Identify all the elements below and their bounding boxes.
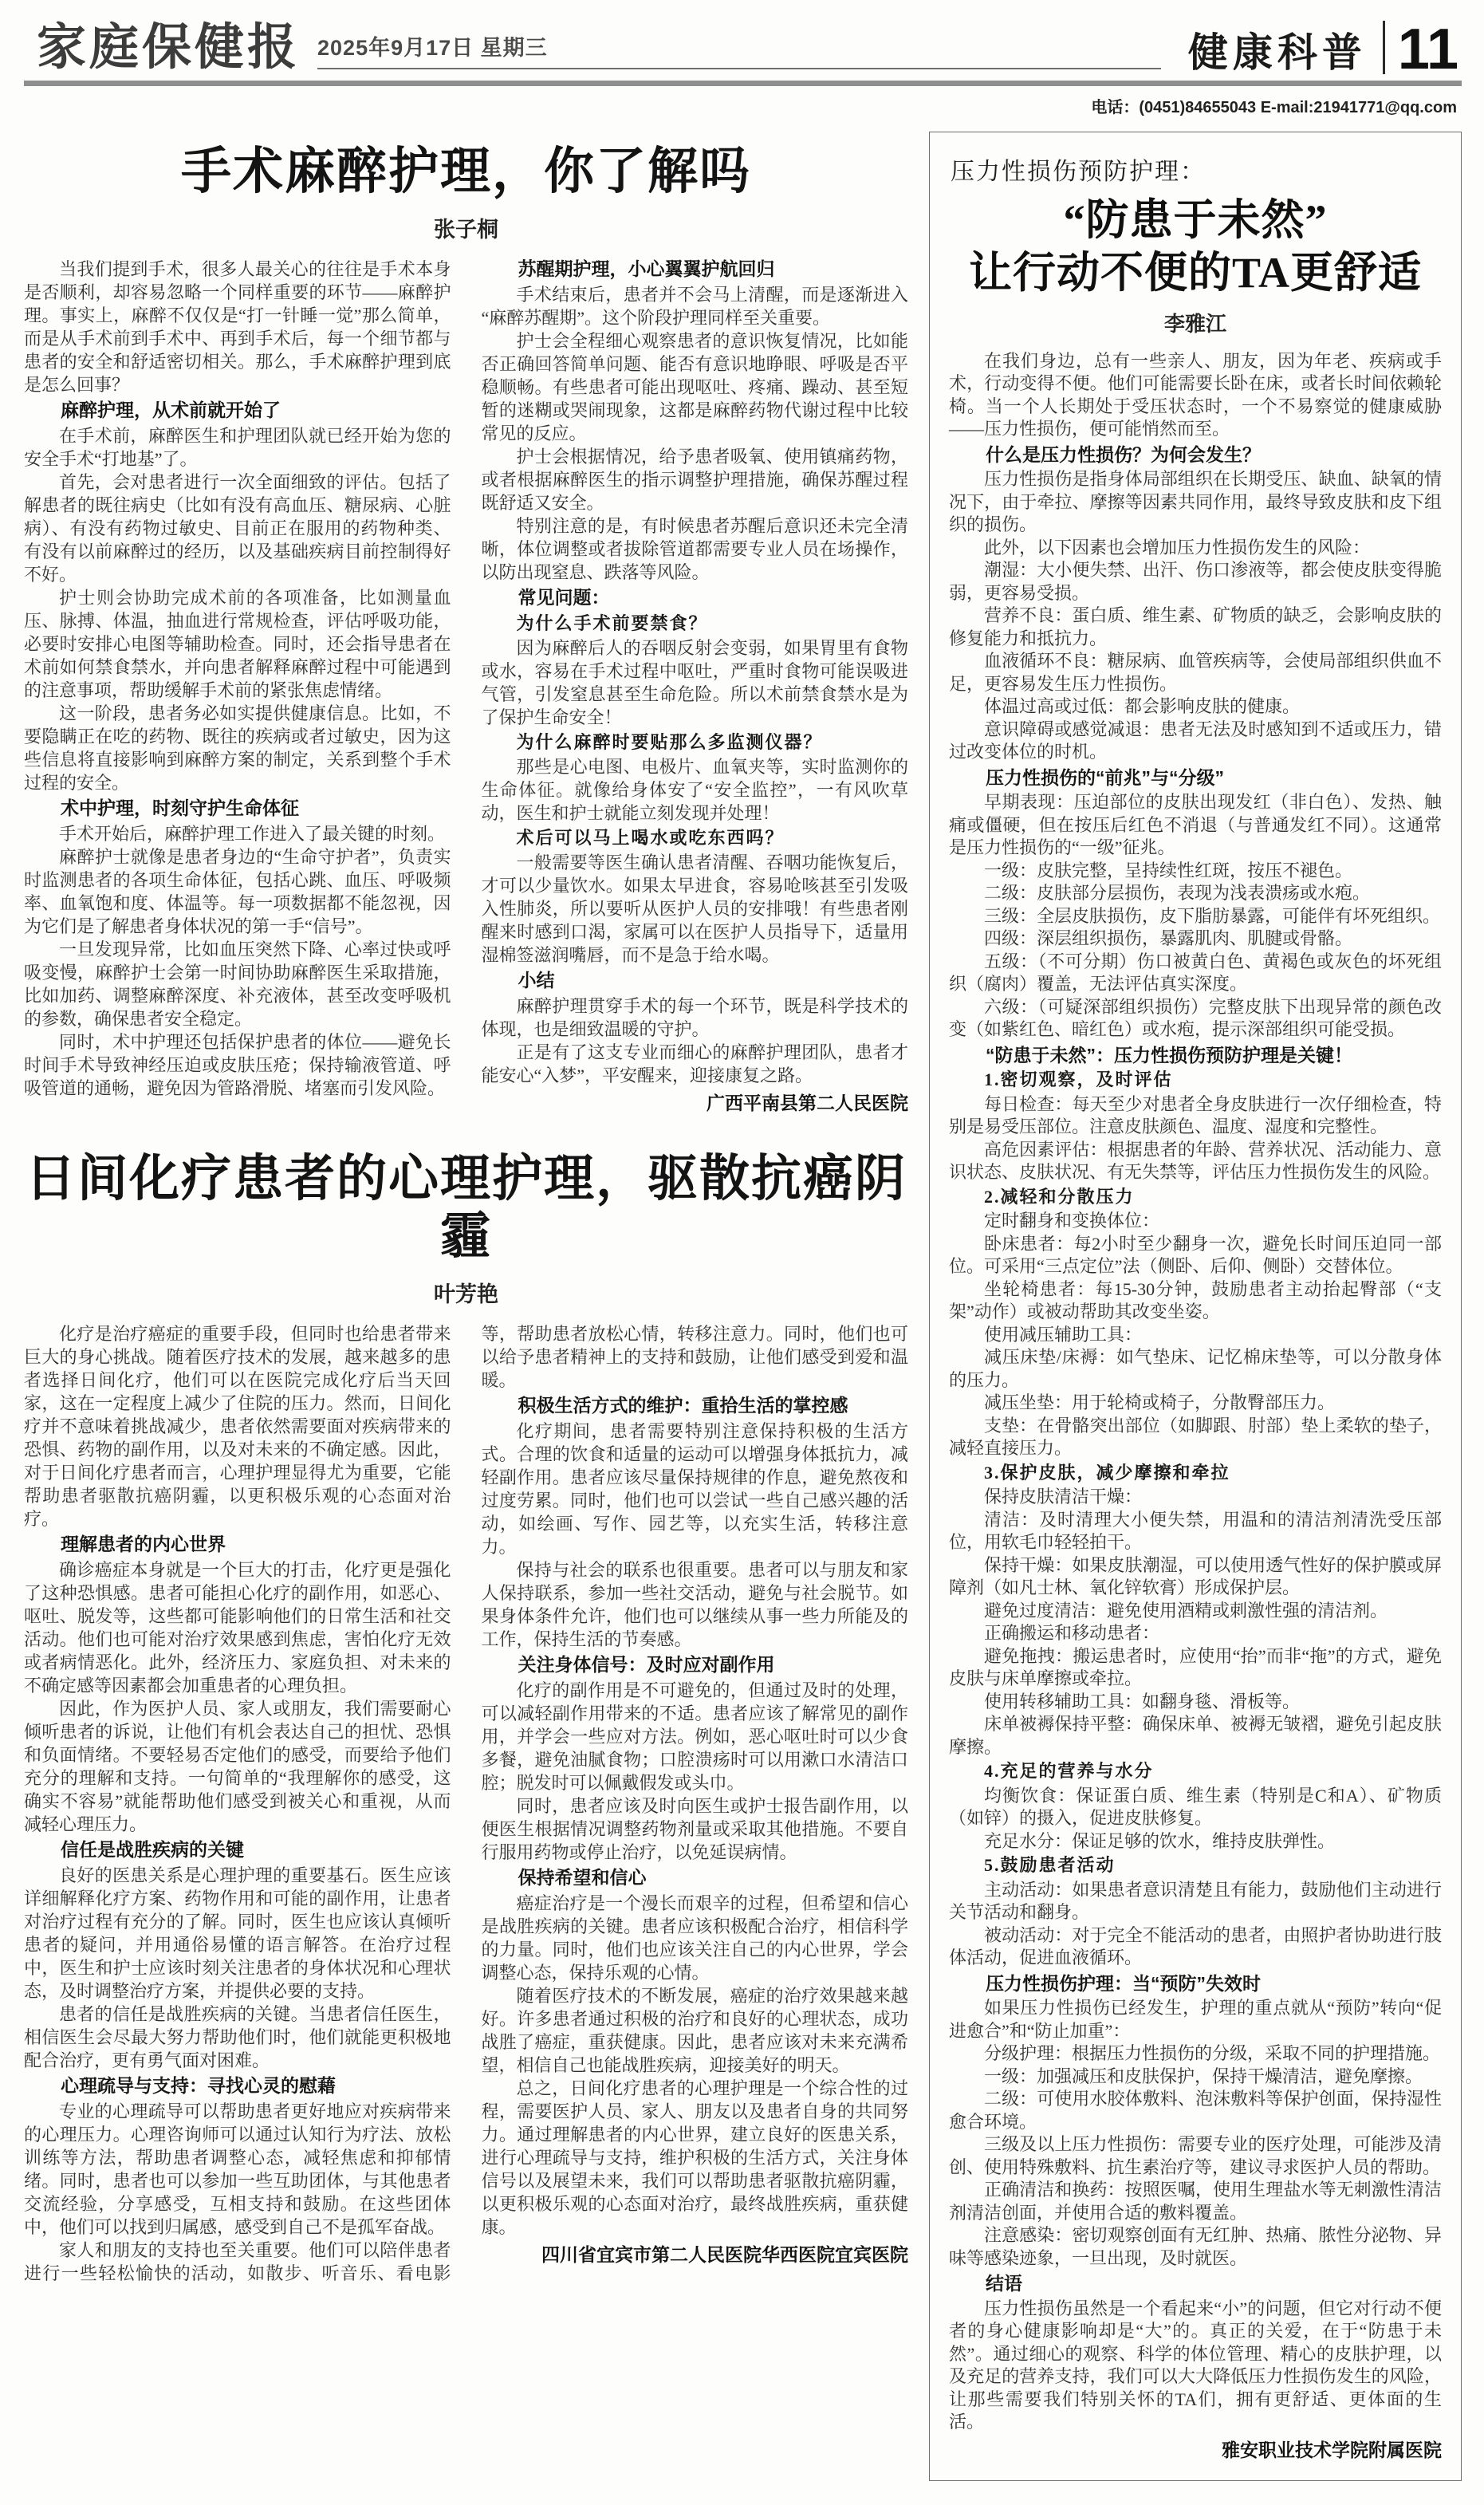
- paragraph: 在手术前，麻醉医生和护理团队就已经开始为您的安全手术“打地基”了。: [24, 424, 451, 471]
- hospital-signature: 四川省宜宾市第二人民医院华西医院宜宾医院: [482, 2243, 909, 2267]
- question-subhead: 2.减轻和分散压力: [949, 1186, 1442, 1209]
- paragraph: 减压床垫/床褥：如气垫床、记忆棉床垫等，可以分散身体的压力。: [949, 1346, 1442, 1392]
- section-subhead: 常见问题：: [482, 586, 909, 609]
- section-subhead: 压力性损伤的“前兆”与“分级”: [949, 766, 1442, 790]
- paragraph: 血液循环不良：糖尿病、血管疾病等，会使局部组织供血不足，更容易发生压力性损伤。: [949, 650, 1442, 695]
- paragraph: 手术开始后，麻醉护理工作进入了最关键的时刻。: [24, 822, 451, 845]
- paragraph: 确诊癌症本身就是一个巨大的打击，化疗更是强化了这种恐惧感。患者可能担心化疗的副作…: [24, 1558, 451, 1697]
- paragraph: 一级：皮肤完整，呈持续性红斑，按压不褪色。: [949, 860, 1442, 883]
- paragraph: 同时，术中护理还包括保护患者的体位——避免长时间手术导致神经压迫或皮肤压疮；保持…: [24, 1030, 451, 1100]
- section-subhead: 心理疏导与支持：寻找心灵的慰藉: [24, 2074, 451, 2097]
- paragraph: 保持与社会的联系也很重要。患者可以与朋友和家人保持联系，参加一些社交活动，避免与…: [482, 1558, 909, 1651]
- page-number: 11: [1383, 21, 1462, 74]
- paragraph: 卧床患者：每2小时至少翻身一次，避免长时间压迫同一部位。可采用“三点定位”法（侧…: [949, 1233, 1442, 1278]
- paragraph: 化疗是治疗癌症的重要手段，但同时也给患者带来巨大的身心挑战。随着医疗技术的发展，…: [24, 1322, 451, 1530]
- section-subhead: 信任是战胜疾病的关键: [24, 1838, 451, 1861]
- paragraph: 定时翻身和变换体位：: [949, 1210, 1442, 1233]
- section-subhead: 什么是压力性损伤？为何会发生？: [949, 443, 1442, 467]
- paragraph: 化疗的副作用是不可避免的，但通过及时的处理，可以减轻副作用带来的不适。患者应该了…: [482, 1679, 909, 1794]
- paragraph: 二级：皮肤部分层损伤，表现为浅表溃疡或水疱。: [949, 882, 1442, 905]
- paragraph: 每日检查：每天至少对患者全身皮肤进行一次仔细检查，特别是易受压部位。注意皮肤颜色…: [949, 1093, 1442, 1139]
- paragraph: 当我们提到手术，很多人最关心的往往是手术本身是否顺利，却容易忽略一个同样重要的环…: [24, 258, 451, 396]
- paragraph: 早期表现：压迫部位的皮肤出现发红（非白色）、发热、触痛或僵硬，但在按压后红色不消…: [949, 791, 1442, 860]
- article-pressure-title-line2: 让行动不便的TA更舒适: [949, 247, 1442, 300]
- paragraph: 护士则会协助完成术前的各项准备，比如测量血压、脉搏、体温，抽血进行常规检查，评估…: [24, 586, 451, 702]
- article-divider-space: [24, 1115, 908, 1142]
- paragraph: 特别注意的是，有时候患者苏醒后意识还未完全清晰，体位调整或者拔除管道都需要专业人…: [482, 514, 909, 584]
- paragraph: 支垫：在骨骼突出部位（如脚跟、肘部）垫上柔软的垫子，减轻直接压力。: [949, 1415, 1442, 1460]
- contact-line: 电话：(0451)84655043 E-mail:21941771@qq.com: [24, 86, 1462, 132]
- paragraph: 被动活动：对于完全不能活动的患者，由照护者协助进行肢体活动，促进血液循环。: [949, 1924, 1442, 1970]
- section-subhead: 理解患者的内心世界: [24, 1533, 451, 1556]
- paragraph: 一旦发现异常，比如血压突然下降、心率过快或呼吸变慢，麻醉护士会第一时间协助麻醉医…: [24, 938, 451, 1030]
- question-subhead: 3.保护皮肤，减少摩擦和牵拉: [949, 1462, 1442, 1485]
- paragraph: 坐轮椅患者：每15-30分钟，鼓励患者主动抬起臀部（“支架”动作）或被动帮助其改…: [949, 1278, 1442, 1324]
- paragraph: 三级及以上压力性损伤：需要专业的医疗处理，可能涉及清创、使用特殊敷料、抗生素治疗…: [949, 2133, 1442, 2179]
- paragraph: 因此，作为医护人员、家人或朋友，我们需要耐心倾听患者的诉说，让他们有机会表达自己…: [24, 1697, 451, 1836]
- article-pressure-kicker: 压力性损伤预防护理：: [951, 152, 1442, 187]
- section-subhead: 小结: [482, 969, 909, 992]
- left-articles-block: 手术麻醉护理，你了解吗 张子桐 当我们提到手术，很多人最关心的往往是手术本身是否…: [24, 132, 908, 2481]
- section-name: 健康科普: [1188, 33, 1383, 74]
- paragraph: 使用减压辅助工具：: [949, 1324, 1442, 1347]
- article-anesthesia: 手术麻醉护理，你了解吗 张子桐 当我们提到手术，很多人最关心的往往是手术本身是否…: [24, 143, 908, 1114]
- paragraph: 患者的信任是战胜疾病的关键。当患者信任医生，相信医生会尽最大努力帮助他们时，他们…: [24, 2003, 451, 2072]
- paragraph: 护士会全程细心观察患者的意识恢复情况，比如能否正确回答简单问题、能否有意识地睁眼…: [482, 329, 909, 445]
- section-subhead: “防患于未然”：压力性损伤预防护理是关键！: [949, 1044, 1442, 1067]
- paragraph: 六级：（可疑深部组织损伤）完整皮肤下出现异常的颜色改变（如紫红色、暗红色）或水疱…: [949, 996, 1442, 1042]
- paragraph: 护士会根据情况，给予患者吸氧、使用镇痛药物，或者根据麻醉医生的指示调整护理措施，…: [482, 445, 909, 514]
- article-chemo: 日间化疗患者的心理护理，驱散抗癌阴霾 叶芳艳 化疗是治疗癌症的重要手段，但同时也…: [24, 1150, 908, 2285]
- article-anesthesia-body: 当我们提到手术，很多人最关心的往往是手术本身是否顺利，却容易忽略一个同样重要的环…: [24, 258, 908, 1115]
- question-subhead: 为什么麻醉时要贴那么多监测仪器？: [482, 731, 909, 754]
- paragraph: 总之，日间化疗患者的心理护理是一个综合性的过程，需要医护人员、家人、朋友以及患者…: [482, 2077, 909, 2239]
- hospital-signature: 广西平南县第二人民医院: [482, 1092, 909, 1115]
- question-subhead: 5.鼓励患者活动: [949, 1854, 1442, 1877]
- section-subhead: 积极生活方式的维护：重拾生活的掌控感: [482, 1394, 909, 1417]
- article-chemo-title: 日间化疗患者的心理护理，驱散抗癌阴霾: [24, 1150, 908, 1266]
- paragraph: 压力性损伤虽然是一个看起来“小”的问题，但它对行动不便者的身心健康影响却是“大”…: [949, 2298, 1442, 2434]
- paragraph: 使用转移辅助工具：如翻身毯、滑板等。: [949, 1691, 1442, 1714]
- paragraph: 麻醉护士就像是患者身边的“生命守护者”，负责实时监测患者的各项生命体征，包括心跳…: [24, 845, 451, 938]
- paragraph: 保持皮肤清洁干燥：: [949, 1486, 1442, 1509]
- paragraph: 减压坐垫：用于轮椅或椅子，分散臀部压力。: [949, 1392, 1442, 1415]
- paragraph: 注意感染：密切观察创面有无红肿、热痛、脓性分泌物、异味等感染迹象，一旦出现，及时…: [949, 2224, 1442, 2270]
- paragraph: 三级：全层皮肤损伤，皮下脂肪暴露，可能伴有坏死组织。: [949, 905, 1442, 928]
- paragraph: 首先，会对患者进行一次全面细致的评估。包括了解患者的既往病史（比如有没有高血压、…: [24, 471, 451, 586]
- paragraph: 均衡饮食：保证蛋白质、维生素（特别是C和A）、矿物质（如锌）的摄入，促进皮肤修复…: [949, 1785, 1442, 1830]
- paragraph: 一般需要等医生确认患者清醒、吞咽功能恢复后，才可以少量饮水。如果太早进食，容易呛…: [482, 851, 909, 967]
- article-pressure-title-line1: “防患于未然”: [949, 195, 1442, 247]
- header-rule: [24, 81, 1462, 86]
- paragraph: 一级：加强减压和皮肤保护，保持干燥清洁，避免摩擦。: [949, 2066, 1442, 2089]
- issue-date: 2025年9月17日 星期三: [317, 36, 548, 60]
- question-subhead: 为什么手术前要禁食？: [482, 612, 909, 635]
- hospital-signature: 雅安职业技术学院附属医院: [949, 2439, 1442, 2462]
- paragraph: 保持干燥：如果皮肤潮湿，可以使用透气性好的保护膜或屏障剂（如凡士林、氧化锌软膏）…: [949, 1554, 1442, 1600]
- article-pressure-title: “防患于未然” 让行动不便的TA更舒适: [949, 195, 1442, 300]
- paragraph: 那些是心电图、电极片、血氧夹等，实时监测你的生命体征。就像给身体安了“安全监控”…: [482, 755, 909, 825]
- paragraph: 这一阶段，患者务必如实提供健康信息。比如，不要隐瞒正在吃的药物、既往的疾病或者过…: [24, 702, 451, 794]
- main-content: 手术麻醉护理，你了解吗 张子桐 当我们提到手术，很多人最关心的往往是手术本身是否…: [24, 132, 1462, 2481]
- question-subhead: 4.充足的营养与水分: [949, 1760, 1442, 1783]
- paragraph: 如果压力性损伤已经发生，护理的重点就从“预防”转向“促进愈合”和“防止加重”：: [949, 1997, 1442, 2042]
- paragraph: 压力性损伤是指身体局部组织在长期受压、缺血、缺氧的情况下，由于牵拉、摩擦等因素共…: [949, 468, 1442, 537]
- paragraph: 因为麻醉后人的吞咽反射会变弱，如果胃里有食物或水，容易在手术过程中呕吐，严重时食…: [482, 636, 909, 729]
- article-chemo-author: 叶芳艳: [24, 1277, 908, 1308]
- paragraph: 高危因素评估：根据患者的年龄、营养状况、活动能力、意识状态、皮肤状况、有无失禁等…: [949, 1139, 1442, 1184]
- question-subhead: 1.密切观察，及时评估: [949, 1069, 1442, 1092]
- paragraph: 床单被褥保持平整：确保床单、被褥无皱褶，避免引起皮肤摩擦。: [949, 1713, 1442, 1759]
- paragraph: 专业的心理疏导可以帮助患者更好地应对疾病带来的心理压力。心理咨询师可以通过认知行…: [24, 2100, 451, 2239]
- paragraph: 主动活动：如果患者意识清楚且有能力，鼓励他们主动进行关节活动和翻身。: [949, 1879, 1442, 1924]
- section-subhead: 关注身体信号：及时应对副作用: [482, 1653, 909, 1676]
- header-top-row: 家庭保健报 2025年9月17日 星期三 健康科普 11: [24, 21, 1462, 74]
- section-subhead: 麻醉护理，从术前就开始了: [24, 399, 451, 422]
- paragraph: 避免拖拽：搬运患者时，应使用“抬”而非“拖”的方式，避免皮肤与床单摩擦或牵拉。: [949, 1645, 1442, 1691]
- paragraph: 手术结束后，患者并不会马上清醒，而是逐渐进入“麻醉苏醒期”。这个阶段护理同样至关…: [482, 283, 909, 329]
- article-anesthesia-title: 手术麻醉护理，你了解吗: [24, 143, 908, 200]
- article-pressure-body: 在我们身边，总有一些亲人、朋友，因为年老、疾病或手术，行动变得不便。他们可能需要…: [949, 350, 1442, 2462]
- paragraph: 营养不良：蛋白质、维生素、矿物质的缺乏，会影响皮肤的修复能力和抵抗力。: [949, 605, 1442, 650]
- paragraph: 充足水分：保证足够的饮水，维持皮肤弹性。: [949, 1830, 1442, 1853]
- issue-date-wrap: 2025年9月17日 星期三: [317, 30, 1161, 69]
- paragraph: 随着医疗技术的不断发展，癌症的治疗效果越来越好。许多患者通过积极的治疗和良好的心…: [482, 1984, 909, 2077]
- paragraph: 意识障碍或感觉减退：患者无法及时感知到不适或压力，错过改变体位的时机。: [949, 719, 1442, 764]
- paragraph: 清洁：及时清理大小便失禁，用温和的清洁剂清洗受压部位，用软毛巾轻轻拍干。: [949, 1509, 1442, 1554]
- paragraph: 良好的医患关系是心理护理的重要基石。医生应该详细解释化疗方案、药物作用和可能的副…: [24, 1864, 451, 2003]
- paragraph: 避免过度清洁：避免使用酒精或刺激性强的清洁剂。: [949, 1600, 1442, 1623]
- newspaper-page: 家庭保健报 2025年9月17日 星期三 健康科普 11 电话：(0451)84…: [0, 0, 1484, 2505]
- paragraph: 正是有了这支专业而细心的麻醉护理团队，患者才能安心“入梦”，平安醒来，迎接康复之…: [482, 1041, 909, 1087]
- paragraph: 体温过高或过低：都会影响皮肤的健康。: [949, 695, 1442, 719]
- paragraph: 麻醉护理贯穿手术的每一个环节，既是科学技术的体现，也是细致温暖的守护。: [482, 995, 909, 1041]
- article-pressure-author: 李雅江: [949, 308, 1442, 337]
- paragraph: 正确搬运和移动患者：: [949, 1622, 1442, 1645]
- paragraph: 分级护理：根据压力性损伤的分级，采取不同的护理措施。: [949, 2042, 1442, 2066]
- section-subhead: 压力性损伤护理：当“预防”失效时: [949, 1972, 1442, 1995]
- article-pressure-box: 压力性损伤预防护理： “防患于未然” 让行动不便的TA更舒适 李雅江 在我们身边…: [929, 132, 1462, 2481]
- paragraph: 五级：（不可分期）伤口被黄白色、黄褐色或灰色的坏死组织（腐肉）覆盖，无法评估真实…: [949, 951, 1442, 996]
- section-subhead: 保持希望和信心: [482, 1866, 909, 1889]
- paragraph: 癌症治疗是一个漫长而艰辛的过程，但希望和信心是战胜疾病的关键。患者应该积极配合治…: [482, 1892, 909, 1984]
- paragraph: 正确清洁和换药：按照医嘱，使用生理盐水等无刺激性清洁剂清洁创面，并使用合适的敷料…: [949, 2179, 1442, 2224]
- article-chemo-body: 化疗是治疗癌症的重要手段，但同时也给患者带来巨大的身心挑战。随着医疗技术的发展，…: [24, 1322, 908, 2285]
- paragraph: 此外，以下因素也会增加压力性损伤发生的风险：: [949, 537, 1442, 560]
- section-subhead: 苏醒期护理，小心翼翼护航回归: [482, 258, 909, 281]
- page-header: 家庭保健报 2025年9月17日 星期三 健康科普 11 电话：(0451)84…: [24, 21, 1462, 132]
- paragraph: 四级：深层组织损伤，暴露肌肉、肌腱或骨骼。: [949, 928, 1442, 951]
- section-subhead: 结语: [949, 2272, 1442, 2295]
- newspaper-masthead: 家庭保健报: [24, 22, 300, 74]
- paragraph: 同时，患者应该及时向医生或护士报告副作用，以便医生根据情况调整药物剂量或采取其他…: [482, 1794, 909, 1864]
- question-subhead: 术后可以马上喝水或吃东西吗？: [482, 826, 909, 849]
- article-anesthesia-author: 张子桐: [24, 212, 908, 243]
- section-subhead: 术中护理，时刻守护生命体征: [24, 797, 451, 820]
- paragraph: 化疗期间，患者需要特别注意保持积极的生活方式。合理的饮食和适量的运动可以增强身体…: [482, 1420, 909, 1558]
- paragraph: 潮湿：大小便失禁、出汗、伤口渗液等，都会使皮肤变得脆弱，更容易受损。: [949, 559, 1442, 605]
- paragraph: 在我们身边，总有一些亲人、朋友，因为年老、疾病或手术，行动变得不便。他们可能需要…: [949, 350, 1442, 441]
- paragraph: 二级：可使用水胶体敷料、泡沫敷料等保护创面，保持湿性愈合环境。: [949, 2088, 1442, 2133]
